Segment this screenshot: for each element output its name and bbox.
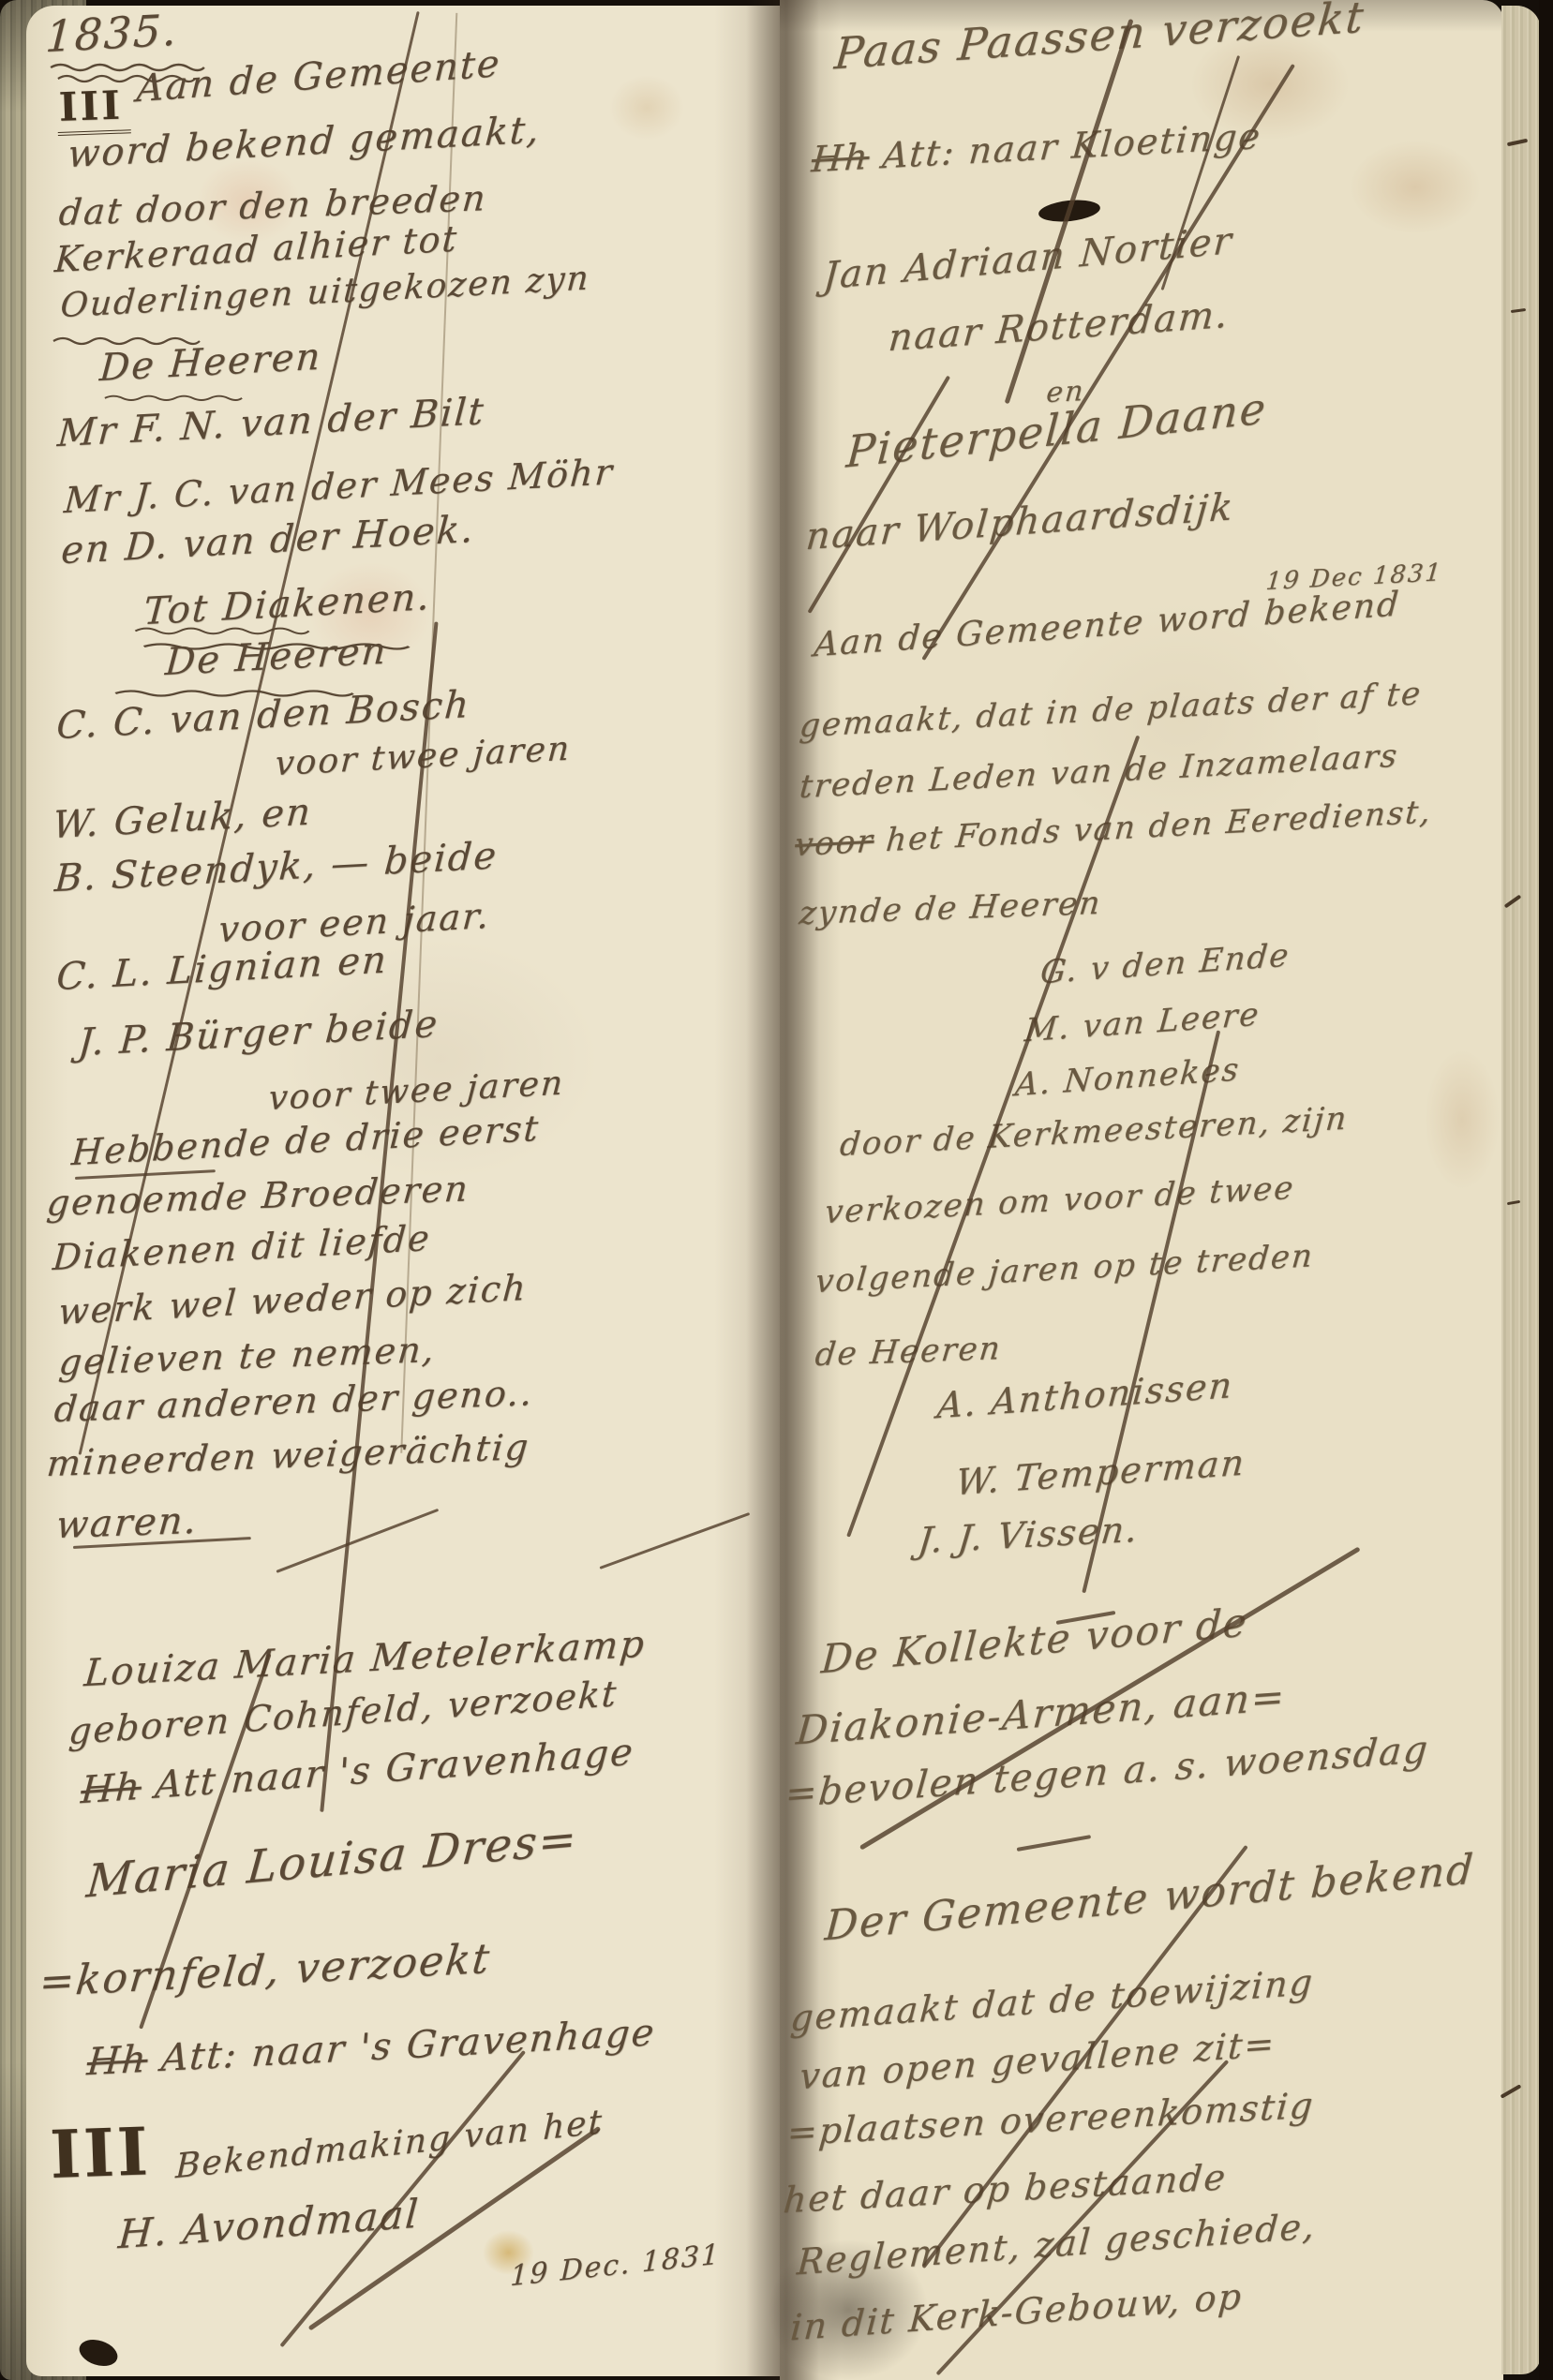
- year-heading: 1835.: [44, 5, 179, 63]
- page-stain: [1350, 141, 1481, 234]
- cover-edge: [1539, 0, 1553, 2380]
- struck-word: voor: [793, 823, 875, 865]
- section-marker: III: [56, 82, 131, 136]
- fore-edge: [1501, 6, 1541, 2374]
- struck-word: Hh: [80, 1764, 143, 1812]
- wavy-underline: [103, 392, 244, 403]
- page-stain: [1425, 1049, 1500, 1190]
- section-marker: III: [49, 2112, 152, 2194]
- page-stain: [609, 75, 684, 141]
- struck-word: Hh: [810, 136, 871, 180]
- struck-word: Hh: [85, 2038, 150, 2085]
